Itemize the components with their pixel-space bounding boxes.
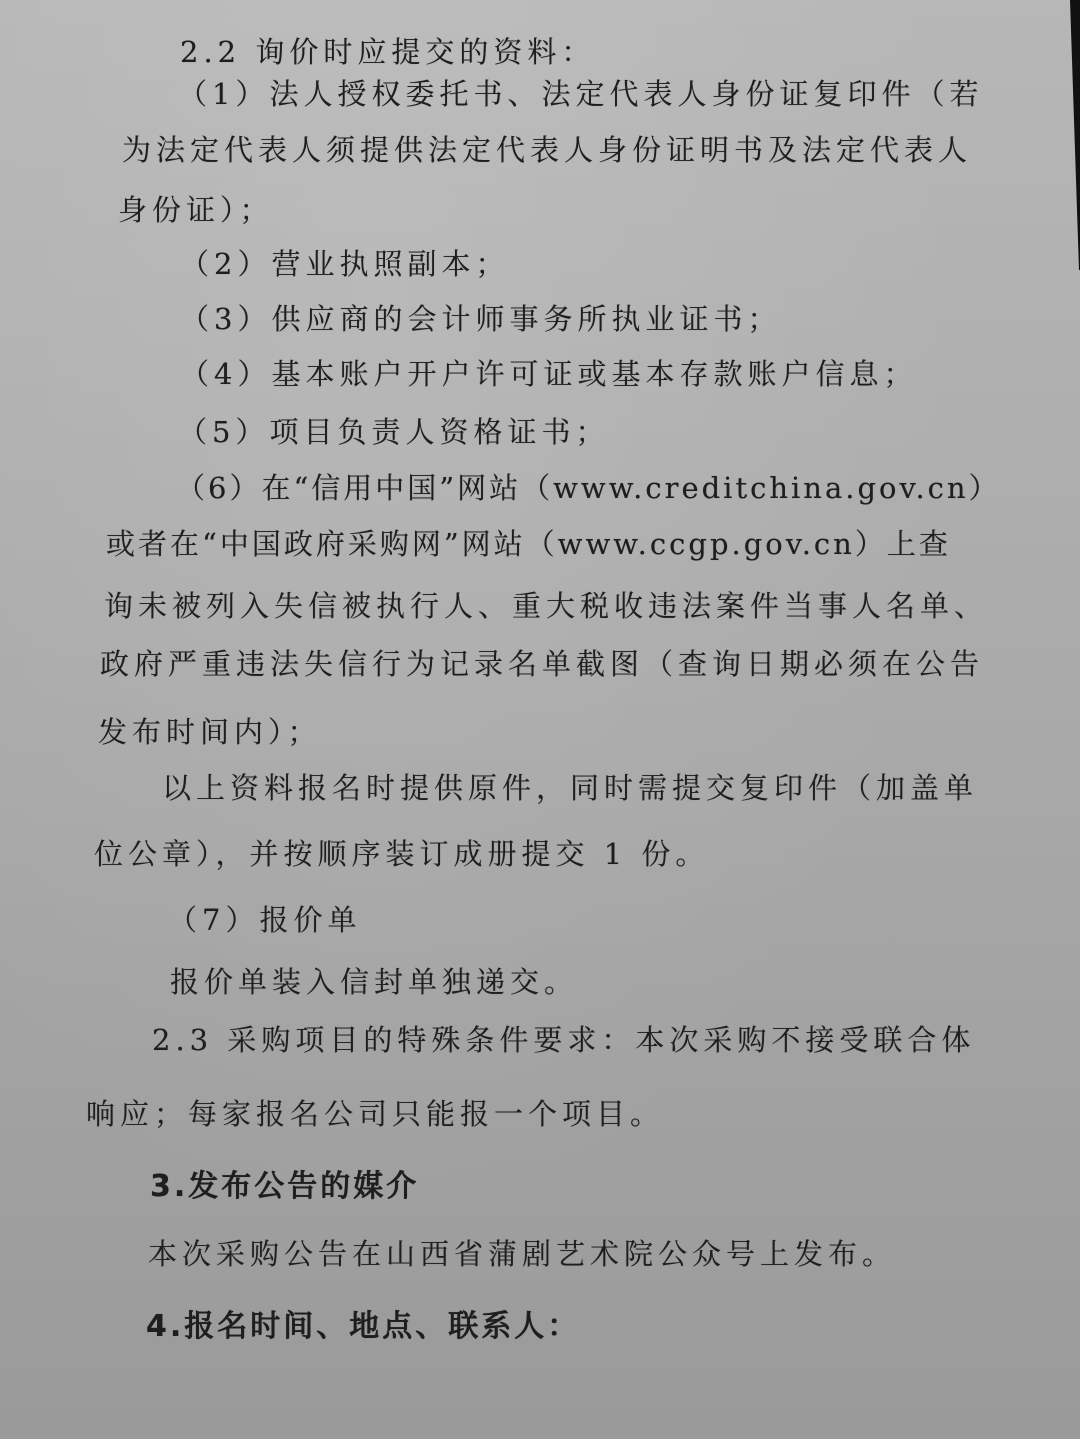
item-6-line-1: （6）在“信用中国”网站（www.creditchina.gov.cn） [176, 474, 1001, 503]
item-7: （7）报价单 [168, 906, 361, 935]
document-page: 2.2 询价时应提交的资料： （1）法人授权委托书、法定代表人身份证复印件（若 … [0, 0, 1080, 1439]
section-2-2-title: 2.2 询价时应提交的资料： [180, 38, 595, 67]
note-line-2: 位公章），并按顺序装订成册提交 1 份。 [94, 840, 709, 869]
item-1-line-1: （1）法人授权委托书、法定代表人身份证复印件（若 [178, 80, 983, 109]
item-3: （3）供应商的会计师事务所执业证书； [180, 305, 781, 334]
section-4-title: 4.报名时间、地点、联系人： [146, 1312, 580, 1342]
section-3-title: 3.发布公告的媒介 [150, 1172, 419, 1202]
item-2: （2）营业执照副本； [180, 250, 509, 279]
item-7-description: 报价单装入信封单独递交。 [170, 968, 578, 997]
item-6-line-2: 或者在“中国政府采购网”网站（www.ccgp.gov.cn）上查 [106, 530, 951, 559]
section-2-3-line-2: 响应；每家报名公司只能报一个项目。 [86, 1100, 664, 1129]
section-2-3-line-1: 2.3 采购项目的特殊条件要求：本次采购不接受联合体 [152, 1026, 975, 1055]
item-5: （5）项目负责人资格证书； [178, 418, 609, 447]
item-6-line-3: 询未被列入失信被执行人、重大税收违法案件当事人名单、 [104, 592, 988, 621]
item-4: （4）基本账户开户许可证或基本存款账户信息； [180, 360, 917, 389]
item-6-line-4: 政府严重违法失信行为记录名单截图（查询日期必须在公告 [100, 650, 984, 679]
item-1-line-2: 为法定代表人须提供法定代表人身份证明书及法定代表人 [122, 136, 972, 165]
page-edge-shadow [1050, 0, 1080, 270]
item-6-line-5: 发布时间内）； [98, 718, 322, 747]
item-1-line-3: 身份证）； [118, 196, 274, 225]
note-line-1: 以上资料报名时提供原件，同时需提交复印件（加盖单 [162, 774, 978, 803]
section-3-body: 本次采购公告在山西省蒲剧艺术院公众号上发布。 [148, 1240, 896, 1269]
